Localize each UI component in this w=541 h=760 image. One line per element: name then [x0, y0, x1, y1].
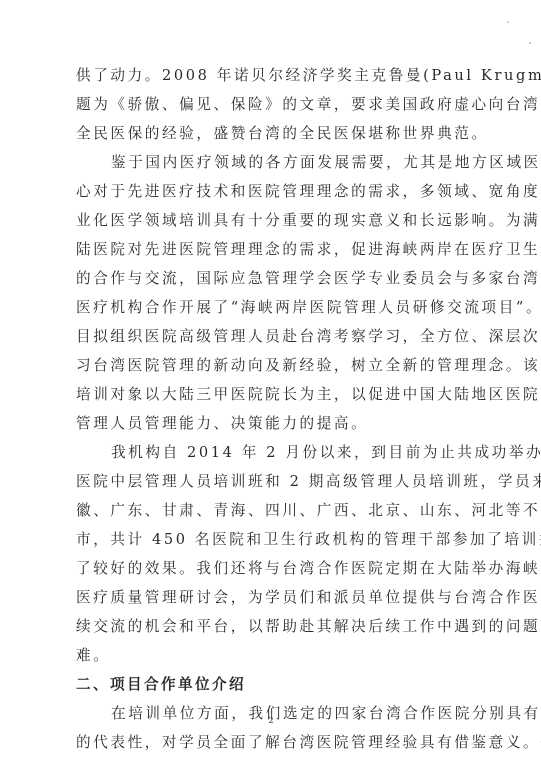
text-line: 心对于先进医疗技术和医院管理理念的需求，多领域、宽角度的专 [76, 177, 460, 206]
text-line: 培训对象以大陆三甲医院院长为主，以促进中国大陆地区医院高级 [76, 380, 460, 409]
document-page: 供了动力。2008 年诺贝尔经济学奖主克鲁曼(Paul Krugman) 曾撰写… [0, 0, 541, 760]
text-line: 的合作与交流，国际应急管理学会医学专业委员会与多家台湾知名 [76, 264, 460, 293]
text-line: 题为《骄傲、偏见、保险》的文章，要求美国政府虚心向台湾学习 [76, 90, 460, 119]
paragraph-start-line: 鉴于国内医疗领域的各方面发展需要，尤其是地方区域医疗中 [76, 148, 460, 177]
text-line: 陆医院对先进医院管理理念的需求，促进海峡两岸在医疗卫生领域 [76, 235, 460, 264]
paragraph-start-line: 我机构自 2014 年 2 月份以来，到目前为止共成功举办了 21 期 [76, 438, 460, 467]
text-line: 习台湾医院管理的新动向及新经验，树立全新的管理理念。该项目 [76, 351, 460, 380]
text-line: 供了动力。2008 年诺贝尔经济学奖主克鲁曼(Paul Krugman) 曾撰写 [76, 61, 460, 90]
text-line: 业化医学领域培训具有十分重要的现实意义和长远影响。为满足大 [76, 206, 460, 235]
text-line: 了较好的效果。我们还将与台湾合作医院定期在大陆举办海峡两岸 [76, 554, 460, 583]
text-line: 全民医保的经验，盛赞台湾的全民医保堪称世界典范。 [76, 119, 460, 148]
text-line: 难。 [76, 641, 460, 670]
text-line: 徽、广东、甘肃、青海、四川、广西、北京、山东、河北等不同省 [76, 496, 460, 525]
text-line: 的代表性，对学员全面了解台湾医院管理经验具有借鉴意义。例如： [76, 728, 460, 757]
text-line: 医疗质量管理研讨会，为学员们和派员单位提供与台湾合作医院持 [76, 583, 460, 612]
text-line: 目拟组织医院高级管理人员赴台湾考察学习，全方位、深层次的学 [76, 322, 460, 351]
text-line: 管理人员管理能力、决策能力的提高。 [76, 409, 460, 438]
section-heading: 二、项目合作单位介绍 [76, 670, 460, 699]
document-body: 供了动力。2008 年诺贝尔经济学奖主克鲁曼(Paul Krugman) 曾撰写… [76, 61, 460, 757]
text-line: 市，共计 450 名医院和卫生行政机构的管理干部参加了培训并取得 [76, 525, 460, 554]
text-line: 续交流的机会和平台，以帮助赴其解决后续工作中遇到的问题和困 [76, 612, 460, 641]
scan-speck [507, 21, 509, 23]
text-line: 医院中层管理人员培训班和 2 期高级管理人员培训班，学员来自安 [76, 467, 460, 496]
text-line: 医疗机构合作开展了“海峡两岸医院管理人员研修交流项目”。该项 [76, 293, 460, 322]
page-number: 2 [266, 716, 276, 725]
scan-speck [529, 42, 531, 44]
